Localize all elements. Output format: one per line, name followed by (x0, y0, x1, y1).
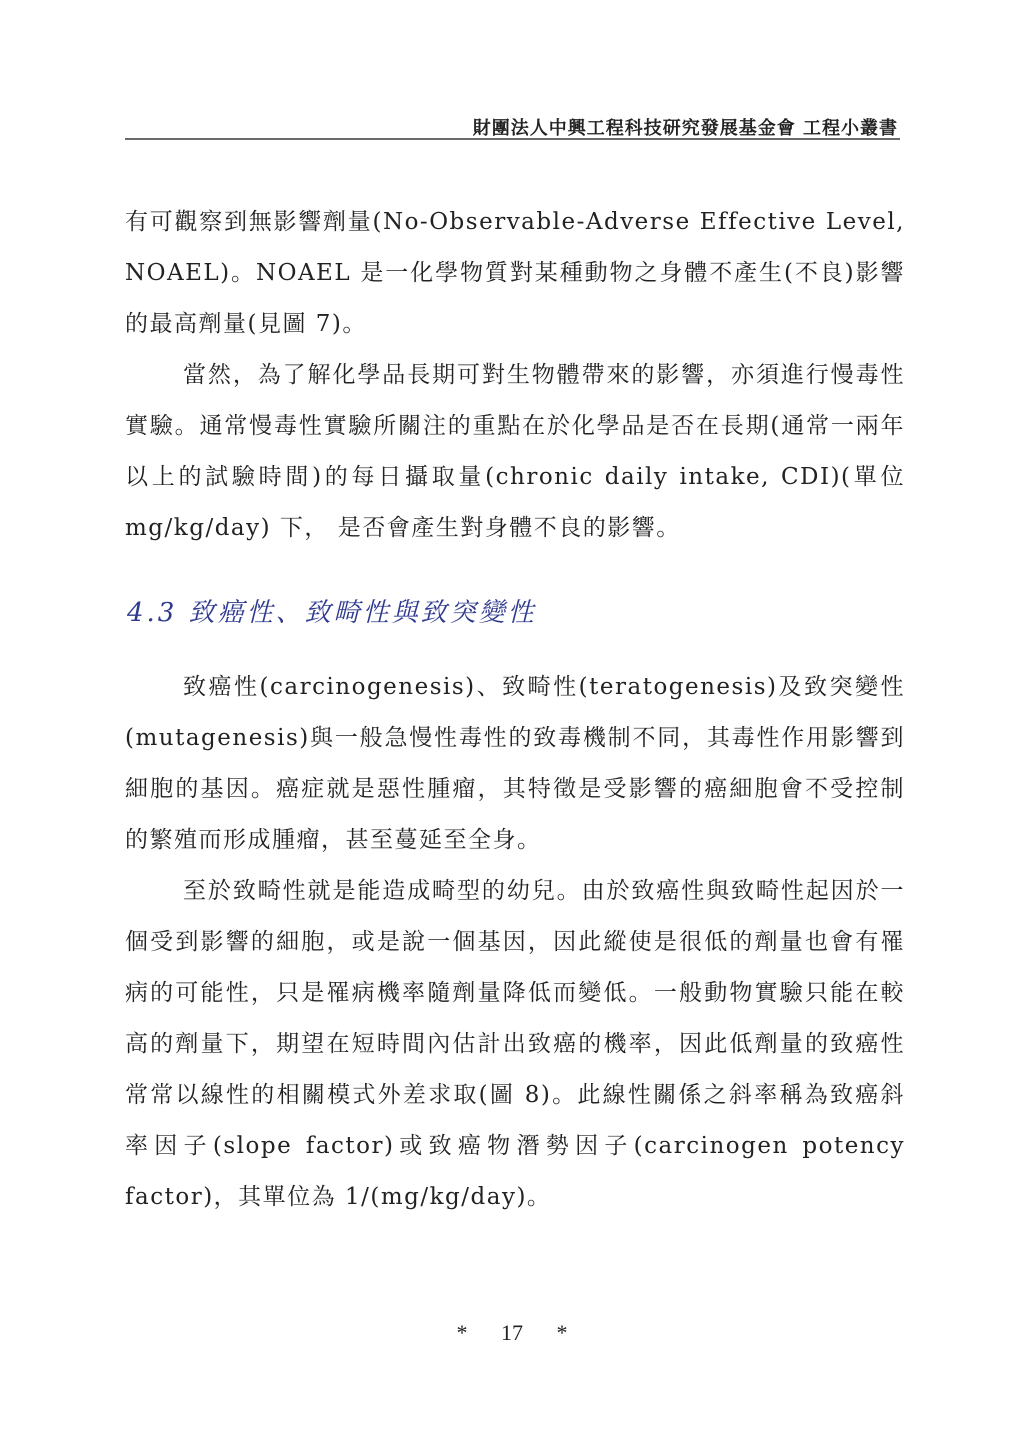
header-title: 財團法人中興工程科技研究發展基金會 工程小叢書 (473, 114, 898, 140)
footer-left-asterisk: * (457, 1320, 468, 1345)
body-text-bottom: 致癌性(carcinogenesis)、致畸性(teratogenesis)及致… (125, 662, 905, 1223)
footer-right-asterisk: * (557, 1320, 568, 1345)
body-text-top: 有可觀察到無影響劑量(No-Observable-Adverse Effecti… (125, 197, 905, 554)
page-footer: * 17 * (0, 1320, 1024, 1346)
paragraph-chronic-toxicity: 當然，為了解化學品長期可對生物體帶來的影響，亦須進行慢毒性實驗。通常慢毒性實驗所… (125, 350, 905, 554)
paragraph-noael: 有可觀察到無影響劑量(No-Observable-Adverse Effecti… (125, 197, 905, 350)
section-heading: 4.3 致癌性、致畸性與致突變性 (127, 592, 537, 629)
paragraph-carcinogenesis: 致癌性(carcinogenesis)、致畸性(teratogenesis)及致… (125, 662, 905, 866)
page-header: 財團法人中興工程科技研究發展基金會 工程小叢書 (125, 112, 900, 140)
page-number: 17 (501, 1320, 523, 1345)
paragraph-teratogenesis: 至於致畸性就是能造成畸型的幼兒。由於致癌性與致畸性起因於一個受到影響的細胞，或是… (125, 866, 905, 1223)
